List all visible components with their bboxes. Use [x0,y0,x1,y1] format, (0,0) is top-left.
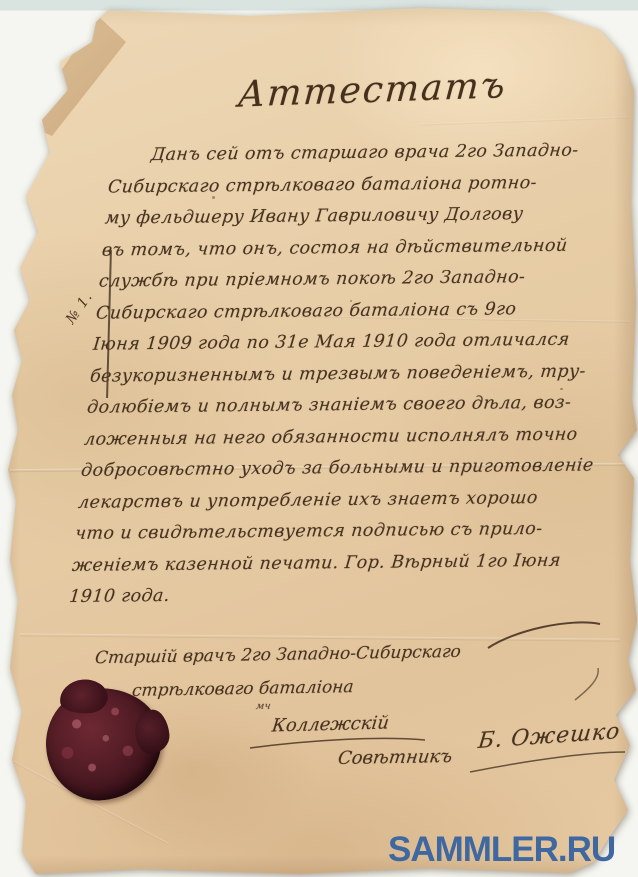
paper-sheet: Аттестатъ № 1. Данъ сей отъ старшаго вра… [0,0,638,877]
sammler-watermark: SAMMLER.RU [388,830,615,870]
body-line: Іюня 1909 года по 31е Мая 1910 года отли… [92,324,615,361]
signature-rank-line: Совѣтникъ [337,746,454,769]
crease-line [420,116,630,125]
document-body: Данъ сей отъ старшаго врача 2го Западно-… [68,135,633,613]
paper-shadow: Аттестатъ № 1. Данъ сей отъ старшаго вра… [0,0,638,877]
body-line: Данъ сей отъ старшаго врача 2го Западно- [109,135,632,172]
handwritten-signature: Б. Ожешко [477,719,622,754]
body-line: что и свидѣтельствуется подписью съ прил… [74,513,597,550]
body-line: 1910 года. [68,576,591,613]
body-line: добросовѣстно уходъ за больными и пригот… [80,450,603,487]
signature-title-line: Старшій врачъ 2го Западно-Сибирскаго [94,642,462,668]
signature-small-note: мч [255,701,271,712]
body-line: женіемъ казенной печати. Гор. Вѣрный 1го… [71,545,594,582]
crease-line [20,633,620,641]
signature-rank-line: Коллежскій [271,712,390,736]
document-title: Аттестатъ [237,65,500,115]
signature-title-line: стрѣлковаго баталіона [131,677,354,701]
wax-seal [41,683,166,805]
scanned-document-image: Аттестатъ № 1. Данъ сей отъ старшаго вра… [0,0,638,877]
body-line: долюбіемъ и полнымъ знаніемъ своего дѣла… [86,387,609,424]
margin-note: № 1. [63,289,96,327]
body-line: въ томъ, что онъ, состоя на дѣйствительн… [100,230,623,267]
torn-corner-fold [0,0,160,160]
